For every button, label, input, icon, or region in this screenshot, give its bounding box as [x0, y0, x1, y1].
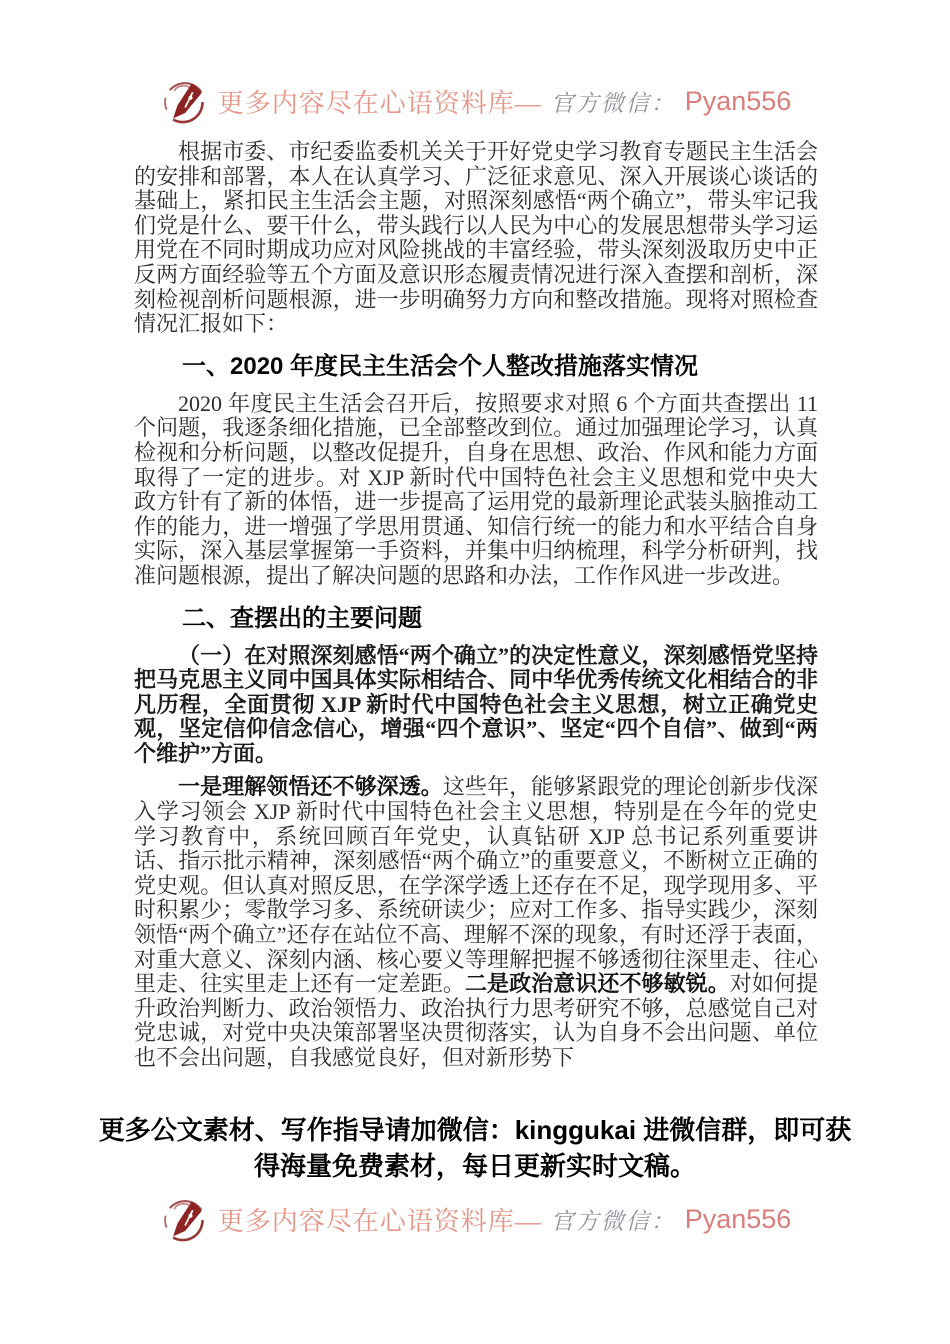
pen-logo-icon: [159, 76, 209, 126]
page-container: 更多内容尽在心语资料库— 官方微信： Pyan556 根据市委、市纪委监委机关关…: [0, 0, 950, 1344]
pen-logo-icon: [159, 1194, 209, 1244]
wechat-label: 官方微信：: [551, 1203, 676, 1236]
section-1-paragraph: 2020 年度民主生活会召开后，按照要求对照 6 个方面共查摆出 11 个问题，…: [134, 392, 818, 589]
problem-2-title: 二是政治意识还不够敏锐。: [465, 971, 730, 996]
brand-text: 更多内容尽在心语资料库—: [218, 1201, 542, 1238]
wechat-account: Pyan556: [685, 86, 792, 117]
intro-paragraph: 根据市委、市纪委监委机关关于开好党史学习教育专题民主生活会的安排和部署，本人在认…: [134, 140, 818, 337]
problem-1-body: 这些年，能够紧跟党的理论创新步伐深入学习领会 XJP 新时代中国特色社会主义思想…: [134, 774, 818, 996]
bottom-banner: 更多内容尽在心语资料库— 官方微信： Pyan556: [0, 1194, 950, 1244]
top-banner: 更多内容尽在心语资料库— 官方微信： Pyan556: [0, 76, 950, 126]
footer-promo-text: 更多公文素材、写作指导请加微信：kinggukai 进微信群，即可获得海量免费素…: [88, 1112, 863, 1184]
problem-1-title: 一是理解领悟还不够深透。: [178, 774, 443, 799]
brand-text: 更多内容尽在心语资料库—: [218, 83, 542, 120]
section-1-heading: 一、2020 年度民主生活会个人整改措施落实情况: [134, 352, 818, 382]
section-2-heading: 二、查摆出的主要问题: [134, 604, 818, 634]
problems-paragraph: 一是理解领悟还不够深透。这些年，能够紧跟党的理论创新步伐深入学习领会 XJP 新…: [134, 775, 818, 1070]
wechat-account: Pyan556: [685, 1204, 792, 1235]
document-body: 根据市委、市纪委监委机关关于开好党史学习教育专题民主生活会的安排和部署，本人在认…: [134, 140, 818, 1080]
subsection-1-paragraph: （一）在对照深刻感悟“两个确立”的决定性意义，深刻感悟党坚持把马克思主义同中国具…: [134, 644, 818, 767]
wechat-label: 官方微信：: [551, 85, 676, 118]
